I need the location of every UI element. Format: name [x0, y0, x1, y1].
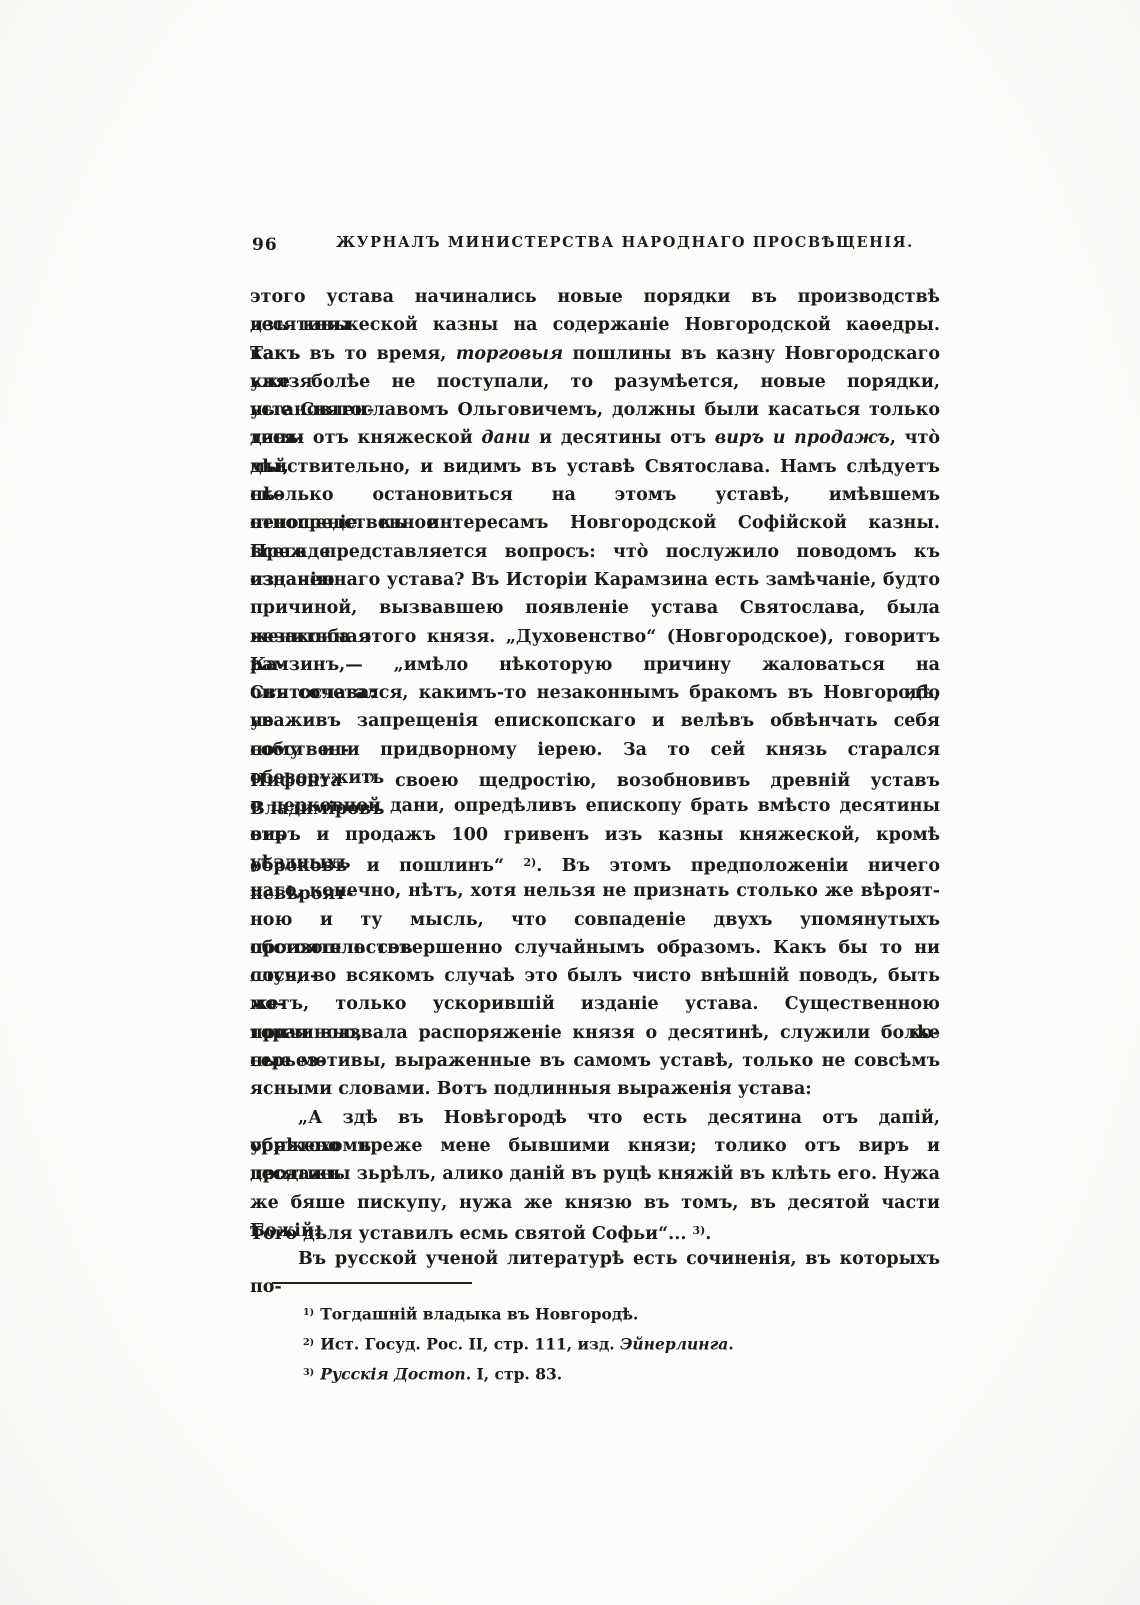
text-line: произошло совершенно случайнымъ образомъ…: [250, 934, 940, 962]
footnote-marker: 1): [303, 1307, 314, 1318]
text-line: тины отъ княжеской дани и десятины отъ в…: [250, 424, 940, 452]
text-run: I, стр. 83.: [471, 1365, 562, 1384]
text-line: отношеніе къ интересамъ Новгородской Соф…: [250, 509, 940, 537]
text-run: означеннаго устава? Въ Исторіи Карамзина…: [250, 570, 940, 590]
footnote: 1)Тогдашній владыка въ Новгородѣ.: [303, 1298, 940, 1328]
text-run: тины отъ княжеской: [250, 428, 481, 448]
text-line: Нифонта 1) своею щедростію, возобновивъ …: [250, 764, 940, 792]
footnotes: 1)Тогдашній владыка въ Новгородѣ.2)Ист. …: [250, 1298, 940, 1388]
text-run: наго, конечно, нѣтъ, хотя нельзя не приз…: [250, 881, 940, 901]
text-line: жетъ, только ускорившій изданіе устава. …: [250, 990, 940, 1018]
text-line: ною и ту мысль, что совпаденіе двухъ упо…: [250, 906, 940, 934]
scanned-page: 96 ЖУРНАЛЪ МИНИСТЕРСТВА НАРОДНАГО ПРОСВѢ…: [0, 0, 1140, 1605]
text-run: Тогдашній владыка въ Новгородѣ.: [320, 1305, 638, 1324]
footnote-ref: 3): [693, 1224, 706, 1237]
paragraph: Въ русской ученой литературѣ есть сочине…: [250, 1245, 940, 1273]
footnote-marker: 2): [303, 1337, 314, 1348]
text-run: Того дѣля уставилъ есмь святой Софьи“...: [250, 1224, 693, 1244]
text-run: .: [728, 1335, 733, 1354]
text-line: дѣйствительно, и видимъ въ уставѣ Святос…: [250, 453, 940, 481]
emphasized-text: виръ и продажъ: [715, 428, 890, 448]
text-line: ясными словами. Вотъ подлинныя выраженія…: [250, 1075, 940, 1103]
footnote-ref: 1): [362, 771, 375, 784]
text-line: наго, конечно, нѣтъ, хотя нельзя не приз…: [250, 877, 940, 905]
text-line: ные мотивы, выраженные въ самомъ уставѣ,…: [250, 1047, 940, 1075]
text-run: и десятины отъ: [530, 428, 714, 448]
text-run: Въ русской ученой литературѣ есть сочине…: [250, 1249, 940, 1297]
text-run: ные мотивы, выраженные въ самомъ уставѣ,…: [250, 1051, 940, 1071]
text-line: сколько остановиться на этомъ уставѣ, им…: [250, 481, 940, 509]
footnote: 2)Ист. Госуд. Рос. II, стр. 111, изд. Эй…: [303, 1328, 940, 1358]
page-number: 96: [252, 235, 278, 255]
text-column: этого устава начинались новые порядки въ…: [250, 283, 940, 1388]
text-line: означеннаго устава? Въ Исторіи Карамзина…: [250, 566, 940, 594]
text-run: Нифонта: [250, 771, 362, 791]
footnote-rule: [272, 1282, 472, 1284]
text-run: десятины зьрѣлъ, алико даній въ руцѣ кня…: [250, 1164, 940, 1184]
text-run: Ист. Госуд. Рос. II, стр. 111, изд.: [320, 1335, 620, 1354]
text-line: женитьба этого князя. „Духовенство“ (Нов…: [250, 623, 940, 651]
text-line: какъ въ то время, торговыя пошлины въ ка…: [250, 340, 940, 368]
text-line: ные Святославомъ Ольговичемъ, должны был…: [250, 396, 940, 424]
text-line: же бяше пискупу, нужа же князю въ томъ, …: [250, 1189, 940, 1217]
text-run: .: [705, 1224, 711, 1244]
paragraph: „А здѣ въ Новѣгородѣ что есть десятина о…: [250, 1104, 940, 1245]
text-line: виръ и продажъ 100 гривенъ изъ казны кня…: [250, 821, 940, 849]
text-line: причиной, вызвавшею появленіе устава Свя…: [250, 594, 940, 622]
text-line: о церковной дани, опредѣливъ епископу бр…: [250, 792, 940, 820]
text-line: десятины зьрѣлъ, алико даній въ руцѣ кня…: [250, 1160, 940, 1188]
text-line: онъ сочетался, какимъ-то незаконнымъ бра…: [250, 679, 940, 707]
text-line: рамзинъ,— „имѣло нѣкоторую причину жалов…: [250, 651, 940, 679]
text-line: уже болѣе не поступали, то разумѣется, н…: [250, 368, 940, 396]
footnote: 3)Русскія Достоп. I, стр. 83.: [303, 1358, 940, 1388]
text-line: уваживъ запрещенія епископскаго и велѣвъ…: [250, 707, 940, 735]
text-line: „А здѣ въ Новѣгородѣ что есть десятина о…: [250, 1104, 940, 1132]
text-line: уряжено преже мене бывшими князи; толико…: [250, 1132, 940, 1160]
text-line: торая вызвала распоряженіе князя о десят…: [250, 1019, 940, 1047]
text-line: всего представляется вопросъ: что̀ послу…: [250, 538, 940, 566]
text-run: оброковъ и пошлинъ“: [250, 856, 524, 876]
body-text: этого устава начинались новые порядки въ…: [250, 283, 940, 1273]
emphasized-text: Русскія Достоп.: [320, 1365, 471, 1384]
text-line: этого устава начинались новые порядки въ…: [250, 283, 940, 311]
emphasized-text: дани: [481, 428, 530, 448]
text-line: изъ княжеской казны на содержаніе Новгор…: [250, 311, 940, 339]
text-run: ясными словами. Вотъ подлинныя выраженія…: [250, 1079, 812, 1099]
text-line: лось, во всякомъ случаѣ это былъ чисто в…: [250, 962, 940, 990]
text-line: Въ русской ученой литературѣ есть сочине…: [250, 1245, 940, 1273]
page-header: 96 ЖУРНАЛЪ МИНИСТЕРСТВА НАРОДНАГО ПРОСВѢ…: [250, 234, 940, 260]
paragraph: этого устава начинались новые порядки въ…: [250, 283, 940, 1104]
journal-title: ЖУРНАЛЪ МИНИСТЕРСТВА НАРОДНАГО ПРОСВѢЩЕН…: [250, 234, 940, 251]
text-run: какъ въ то время,: [250, 344, 456, 364]
emphasized-text: Эйнерлинга: [620, 1335, 728, 1354]
text-line: оброковъ и пошлинъ“ 2). Въ этомъ предпол…: [250, 849, 940, 877]
emphasized-text: торговыя: [456, 344, 563, 364]
text-line: Того дѣля уставилъ есмь святой Софьи“...…: [250, 1217, 940, 1245]
text-line: ному или придворному іерею. За то сей кн…: [250, 736, 940, 764]
footnote-marker: 3): [303, 1367, 314, 1378]
footnote-ref: 2): [524, 856, 537, 869]
